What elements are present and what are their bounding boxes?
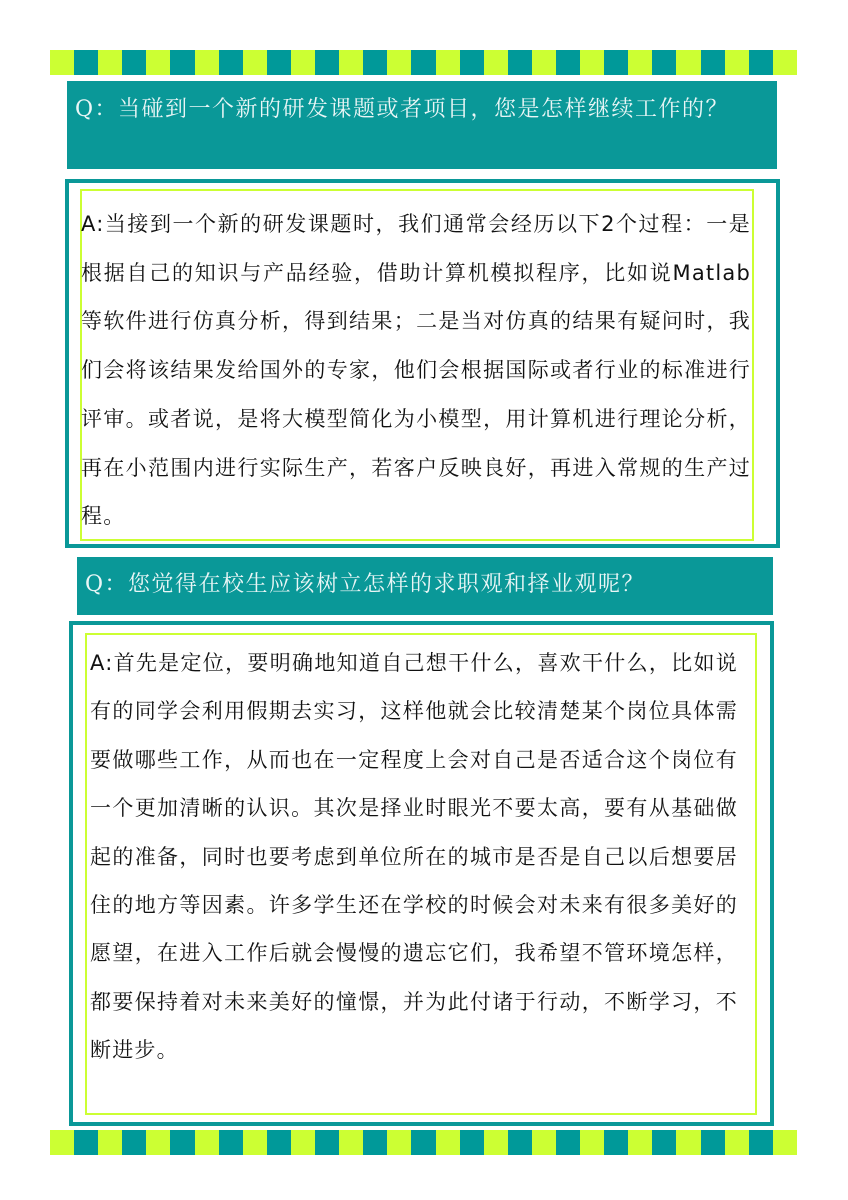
stripe-cell [652, 50, 676, 75]
stripe-cell [484, 50, 508, 75]
stripe-cell [195, 50, 219, 75]
stripe-cell [267, 50, 291, 75]
stripe-cell [628, 50, 652, 75]
stripe-cell [411, 50, 435, 75]
stripe-cell [436, 50, 460, 75]
stripe-cell [652, 1130, 676, 1155]
stripe-cell [387, 1130, 411, 1155]
stripe-cell [387, 50, 411, 75]
question-2-header: Q：您觉得在校生应该树立怎样的求职观和择业观呢？ [77, 557, 773, 615]
stripe-cell [74, 50, 98, 75]
answer-1-text: A:当接到一个新的研发课题时，我们通常会经历以下2个过程：一是根据自己的知识与产… [81, 200, 751, 541]
stripe-cell [604, 1130, 628, 1155]
stripe-cell [725, 1130, 749, 1155]
stripe-cell [339, 50, 363, 75]
stripe-cell [315, 1130, 339, 1155]
stripe-cell [532, 50, 556, 75]
stripe-cell [508, 50, 532, 75]
stripe-cell [243, 1130, 267, 1155]
stripe-cell [580, 1130, 604, 1155]
stripe-cell [460, 50, 484, 75]
stripe-cell [556, 1130, 580, 1155]
stripe-cell [170, 50, 194, 75]
stripe-cell [532, 1130, 556, 1155]
stripe-cell [725, 50, 749, 75]
stripe-cell [701, 1130, 725, 1155]
question-1-header: Q：当碰到一个新的研发课题或者项目，您是怎样继续工作的？ [67, 81, 777, 169]
stripe-cell [484, 1130, 508, 1155]
stripe-cell [195, 1130, 219, 1155]
answer-1-box: A:当接到一个新的研发课题时，我们通常会经历以下2个过程：一是根据自己的知识与产… [65, 179, 780, 548]
stripe-cell [556, 50, 580, 75]
top-decorative-stripe [50, 50, 797, 75]
stripe-cell [339, 1130, 363, 1155]
stripe-cell [460, 1130, 484, 1155]
stripe-cell [315, 50, 339, 75]
stripe-cell [267, 1130, 291, 1155]
stripe-cell [291, 50, 315, 75]
stripe-cell [170, 1130, 194, 1155]
stripe-cell [146, 1130, 170, 1155]
stripe-cell [146, 50, 170, 75]
bottom-decorative-stripe [50, 1130, 797, 1155]
stripe-cell [98, 1130, 122, 1155]
question-2-text: Q：您觉得在校生应该树立怎样的求职观和择业观呢？ [85, 566, 763, 604]
stripe-cell [363, 50, 387, 75]
stripe-cell [219, 50, 243, 75]
stripe-cell [243, 50, 267, 75]
stripe-cell [50, 1130, 74, 1155]
stripe-cell [508, 1130, 532, 1155]
stripe-cell [773, 1130, 797, 1155]
stripe-cell [701, 50, 725, 75]
stripe-cell [749, 50, 773, 75]
stripe-cell [676, 1130, 700, 1155]
stripe-cell [74, 1130, 98, 1155]
stripe-cell [122, 50, 146, 75]
stripe-cell [122, 1130, 146, 1155]
stripe-cell [676, 50, 700, 75]
stripe-cell [580, 50, 604, 75]
stripe-cell [749, 1130, 773, 1155]
stripe-cell [604, 50, 628, 75]
answer-2-text: A:首先是定位，要明确地知道自己想干什么，喜欢干什么，比如说有的同学会利用假期去… [90, 639, 738, 1075]
stripe-cell [219, 1130, 243, 1155]
stripe-cell [773, 50, 797, 75]
stripe-cell [628, 1130, 652, 1155]
answer-2-box: A:首先是定位，要明确地知道自己想干什么，喜欢干什么，比如说有的同学会利用假期去… [69, 621, 774, 1126]
stripe-cell [411, 1130, 435, 1155]
stripe-cell [98, 50, 122, 75]
stripe-cell [363, 1130, 387, 1155]
question-1-text: Q：当碰到一个新的研发课题或者项目，您是怎样继续工作的？ [75, 91, 767, 129]
stripe-cell [436, 1130, 460, 1155]
stripe-cell [50, 50, 74, 75]
stripe-cell [291, 1130, 315, 1155]
